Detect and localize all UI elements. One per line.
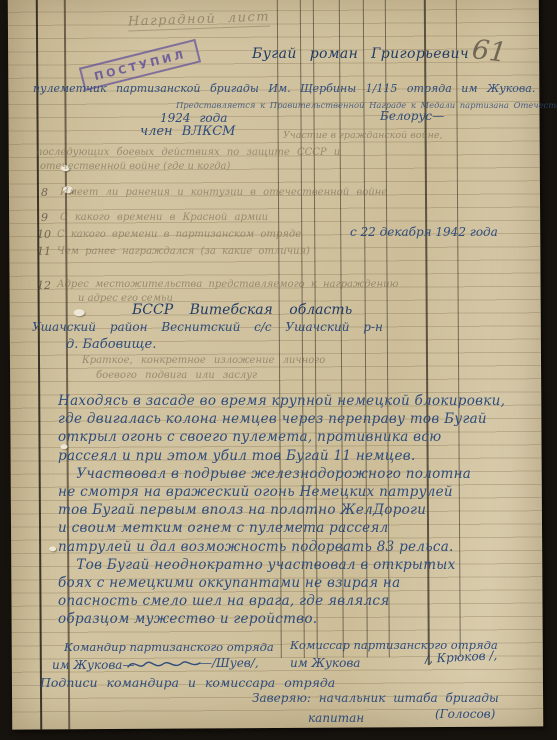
handwritten-line: рассеял и при этом убил тов Бугай 11 нем… xyxy=(58,447,505,465)
commander-title: Командир партизанского отряда xyxy=(64,640,274,654)
commander-signature xyxy=(126,656,202,674)
commissar-unit: им Жукова xyxy=(290,656,360,670)
certify-name: (Голосов) xyxy=(435,707,495,721)
row-number: 11 xyxy=(37,245,51,258)
certify-rank: капитан xyxy=(308,711,364,725)
document-content: Наградной лист ПОСТУПИЛ Бугай роман Григ… xyxy=(0,0,557,740)
scanned-award-document: { "colors":{ "paper":"#cfc09c", "backgro… xyxy=(0,0,557,740)
field-war-service: Участие в гражданской войне, xyxy=(283,130,442,141)
handwritten-line: не смотря на вражеский огонь Немецких па… xyxy=(58,483,505,501)
handwritten-line: Тов Бугай неоднократно участвовал в откр… xyxy=(58,556,505,574)
field-partisan-since: С какого времени в партизанском отряде xyxy=(57,229,301,240)
award-recommendation-line: Представляется к Правительственной Награ… xyxy=(176,100,557,110)
row-number: 10 xyxy=(37,228,51,241)
field-war-service: отечественной войне (где и когда) xyxy=(40,161,230,172)
feat-description-text: Находясь в засаде во время крупной немец… xyxy=(58,392,505,629)
value-partisan-since: с 22 декабря 1942 года xyxy=(350,225,498,239)
address-village: д. Бабовище. xyxy=(66,337,156,352)
row-number: 9 xyxy=(41,211,48,224)
field-feat-description: боевого подвига или заслуг xyxy=(96,370,257,381)
field-wounds: Имеет ли ранения и контузии в отечествен… xyxy=(60,187,387,198)
party-membership: член ВЛКСМ xyxy=(140,124,235,139)
unit-line: пулеметчик партизанской бригады Им. Щерб… xyxy=(33,82,535,95)
handwritten-line: где двигалась колона немцев через перепр… xyxy=(58,410,505,428)
address-region: БССР Витебская область xyxy=(132,302,352,318)
field-address: Адрес местожительства представляемого к … xyxy=(57,279,398,290)
handwritten-line: образцом мужество и геройство. xyxy=(58,610,505,628)
nationality: Белорус— xyxy=(380,109,444,123)
handwritten-line: Находясь в засаде во время крупной немец… xyxy=(58,392,505,410)
handwritten-line: открыл огонь с своего пулемета, противни… xyxy=(58,428,505,446)
address-district: Ушачский район Веснитский с/с Ушачский р… xyxy=(32,320,383,334)
handwritten-line: опасность смело шел на врага, где являлс… xyxy=(58,592,505,610)
form-title: Наградной лист xyxy=(128,10,271,32)
commander-unit: им Жукова— xyxy=(52,658,134,672)
field-red-army: С какого времени в Красной армии xyxy=(60,212,268,223)
commissar-name: /, Крюков /, xyxy=(425,648,498,666)
handwritten-line: боях с немецкими оккупантами не взирая н… xyxy=(58,574,505,592)
awardee-name: Бугай роман Григорьевич xyxy=(252,46,469,62)
handwritten-line: тов Бугай первым вполз на полотно ЖелДор… xyxy=(58,501,505,519)
row-number: 12 xyxy=(37,279,51,292)
certify-line: Заверяю: начальник штаба бригады xyxy=(252,691,499,705)
row-number: 8 xyxy=(41,186,48,199)
birth-year: 1924 года xyxy=(160,111,227,125)
handwritten-line: и своим метким огнем с пулемета рассеял xyxy=(58,519,505,537)
field-war-service: последующих боевых действиях по защите С… xyxy=(36,147,340,158)
signatures-caption: Подписи командира и комиссара отряда xyxy=(40,675,335,690)
field-previous-awards: Чем ранее награждался (за какие отличия) xyxy=(57,246,310,257)
commander-name: —/Шуев/, xyxy=(200,656,259,670)
field-feat-description: Краткое, конкретное изложение личного xyxy=(82,355,325,366)
handwritten-line: Участвовал в подрыве железнодорожного по… xyxy=(58,465,505,483)
corner-page-number: 61 xyxy=(470,34,508,69)
handwritten-line: патрулей и дал возможность подорвать 83 … xyxy=(58,538,505,556)
